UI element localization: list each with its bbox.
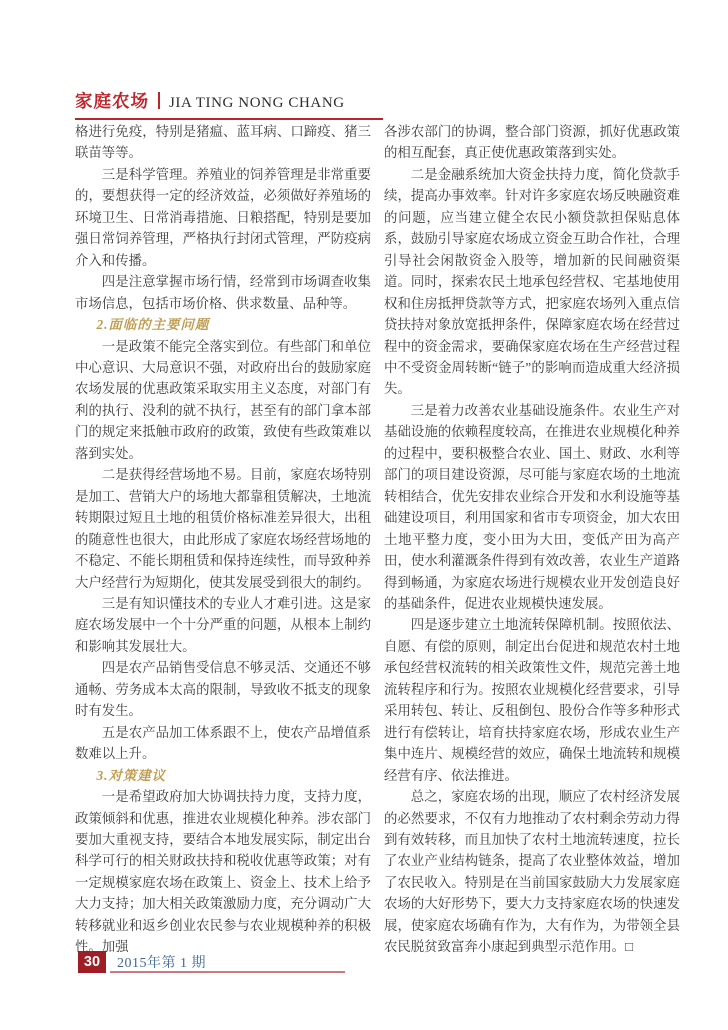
body-paragraph: 五是农产品加工体系跟不上，使农产品增值系数难以上升。	[75, 722, 371, 765]
article-body: 格进行免疫，特别是猪瘟、蓝耳病、口蹄疫、猪三联苗等等。三是科学管理。养殖业的饲养…	[75, 121, 680, 958]
body-paragraph: 四是逐步建立土地流转保障机制。按照依法、自愿、有偿的原则，制定出台促进和规范农村…	[384, 614, 680, 786]
body-paragraph: 格进行免疫，特别是猪瘟、蓝耳病、口蹄疫、猪三联苗等等。	[75, 121, 371, 164]
body-paragraph: 四是注意掌握市场行情，经常到市场调查收集市场信息，包括市场价格、供求数量、品种等…	[75, 271, 371, 314]
page-number-badge: 30	[78, 951, 106, 973]
magazine-page: 家庭农场 JIA TING NONG CHANG 格进行免疫，特别是猪瘟、蓝耳病…	[0, 0, 728, 1030]
section-heading: 2.面临的主要问题	[75, 314, 371, 335]
body-paragraph: 二是获得经营场地不易。目前，家庭农场特别是加工、营销大户的场地大都靠租赁解决，土…	[75, 464, 371, 593]
masthead-divider	[158, 92, 160, 109]
section-heading: 3.对策建议	[75, 765, 371, 786]
issue-label: 2015年第 1 期	[117, 952, 206, 972]
body-paragraph: 三是着力改善农业基础设施条件。农业生产对基础设施的依赖程度较高，在推进农业规模化…	[384, 400, 680, 615]
body-paragraph: 四是农产品销售受信息不够灵活、交通还不够通畅、劳务成本太高的限制，导致收不抵支的…	[75, 657, 371, 721]
body-paragraph: 总之，家庭农场的出现，顺应了农村经济发展的必然要求，不仅有力地推动了农村剩余劳动…	[384, 786, 680, 958]
magazine-title-pinyin: JIA TING NONG CHANG	[169, 95, 345, 112]
body-paragraph: 各涉农部门的协调，整合部门资源，抓好优惠政策的相互配套，真正使优惠政策落到实处。	[384, 121, 680, 164]
page-footer: 30 2015年第 1 期	[78, 951, 206, 973]
body-paragraph: 三是科学管理。养殖业的饲养管理是非常重要的，要想获得一定的经济效益，必须做好养殖…	[75, 164, 371, 271]
body-paragraph: 三是有知识懂技术的专业人才难引进。这是家庭农场发展中一个十分严重的问题，从根本上…	[75, 593, 371, 657]
body-paragraph: 一是政策不能完全落实到位。有些部门和单位中心意识、大局意识不强，对政府出台的鼓励…	[75, 336, 371, 465]
body-paragraph: 二是金融系统加大资金扶持力度，简化贷款手续，提高办事效率。针对许多家庭农场反映融…	[384, 164, 680, 400]
right-column: 各涉农部门的协调，整合部门资源，抓好优惠政策的相互配套，真正使优惠政策落到实处。…	[384, 121, 680, 958]
footer-rule	[110, 971, 345, 973]
left-column: 格进行免疫，特别是猪瘟、蓝耳病、口蹄疫、猪三联苗等等。三是科学管理。养殖业的饲养…	[75, 121, 371, 958]
magazine-title-chinese: 家庭农场	[75, 88, 149, 113]
masthead: 家庭农场 JIA TING NONG CHANG	[75, 88, 383, 120]
body-paragraph: 一是希望政府加大协调扶持力度，支持力度，政策倾斜和优惠，推进农业规模化种养。涉农…	[75, 786, 371, 958]
